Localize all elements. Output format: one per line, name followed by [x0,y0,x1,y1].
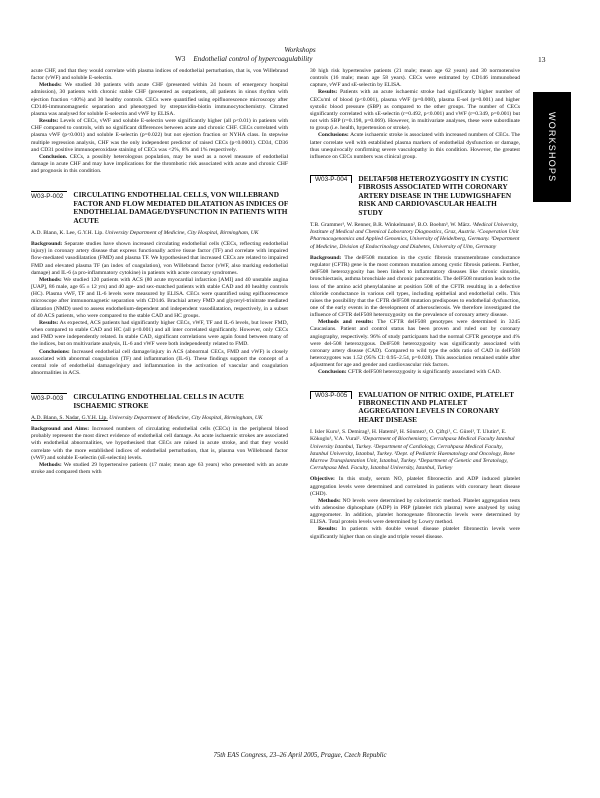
continued-results: Results: Patients with an acute ischaemi… [310,89,520,132]
abstract-methods: Methods and results: The CFTR delF508 ge… [310,319,520,369]
abstract-conclusions: Conclusions: Increased endothelial cell … [31,349,288,378]
running-footer: 75th EAS Congress, 23–26 April 2005, Pra… [0,752,600,759]
abstract-background: Background: Separate studies have shown … [31,241,288,277]
abstract-title: Evaluation of nitric oxide, platelet fib… [358,391,520,425]
abstract-w03-p-004: W03-P-004 Deltaf508 heterozygosity in cy… [310,175,520,377]
left-column: acute CHF, and that they would correlate… [31,68,288,476]
abstract-header: W03-P-003 Circulating endothelial cells … [31,393,288,410]
abstract-conclusion: Conclusion: CFTR delF508 heterozygosity … [310,369,520,376]
abstract-title: Deltaf508 heterozygosity in cystic fibro… [358,175,520,217]
abstract-authors: I. Isler Kuru¹, S. Demirag², H. Hatemi³,… [310,429,520,472]
section-side-tab: WORKSHOPS [533,92,571,202]
continued-methods: 30 high risk hypertensive patients (21 m… [310,68,520,89]
journal-page: Workshops W3Endothelial control of hyper… [0,0,600,798]
running-header-title: W3Endothelial control of hypercoagulabil… [175,55,312,63]
abstract-methods: Methods: We studied 29 hypertensive pati… [31,462,288,476]
continued-conclusion: Conclusion. CECs, a possibly heterologou… [31,154,288,175]
page-number: 13 [538,55,546,64]
abstract-authors: T.B. Grammer¹, W. Renner, B.R. Winkelman… [310,222,520,251]
abstract-title: Circulating endothelial cells in acute i… [73,393,288,410]
right-column: 30 high risk hypertensive patients (21 m… [310,68,520,541]
running-header-section: Workshops [0,46,600,54]
abstract-title: Circulating endothelial cells, von Wille… [73,191,288,225]
abstract-header: W03-P-005 Evaluation of nitric oxide, pl… [310,391,520,425]
continued-intro: acute CHF, and that they would correlate… [31,68,288,82]
continued-methods: Methods: We studied 30 patients with acu… [31,82,288,118]
abstract-header: W03-P-002 Circulating endothelial cells,… [31,191,288,225]
abstract-header: W03-P-004 Deltaf508 heterozygosity in cy… [310,175,520,217]
abstract-id: W03-P-005 [310,391,352,399]
abstract-w03-p-003: W03-P-003 Circulating endothelial cells … [31,393,288,476]
abstract-id: W03-P-002 [31,191,67,201]
workshop-code: W3 [175,55,185,63]
abstract-background: Background and Aims: Increased numbers o… [31,426,288,462]
side-tab-label: WORKSHOPS [547,112,557,182]
abstract-methods: Methods: We studied 120 patients with AC… [31,277,288,320]
abstract-results: Results: In patients with double vessel … [310,526,520,540]
abstract-id: W03-P-003 [31,393,67,403]
abstract-w03-p-005: W03-P-005 Evaluation of nitric oxide, pl… [310,391,520,541]
abstract-w03-p-002: W03-P-002 Circulating endothelial cells,… [31,191,288,377]
continued-conclusions: Conclusions: Acute ischaemic stroke is a… [310,132,520,161]
abstract-id: W03-P-004 [310,175,352,183]
continued-results: Results: Levels of CECs, vWF and soluble… [31,118,288,154]
abstract-results: Results: As expected, ACS patients had s… [31,320,288,349]
abstract-methods: Methods: NO levels were determined by co… [310,498,520,527]
abstract-objective: Objective: In this study, serum NO, plat… [310,476,520,497]
abstract-authors: A.D. Blann, S. Nadar, G.Y.H. Lip. Univer… [31,415,288,422]
abstract-background: Background: The delF508 mutation in the … [310,255,520,319]
abstract-authors: A.D. Blann, K. Lee, G.Y.H. Lip. Universi… [31,230,288,237]
workshop-title: Endothelial control of hypercoagulabilit… [193,55,312,63]
